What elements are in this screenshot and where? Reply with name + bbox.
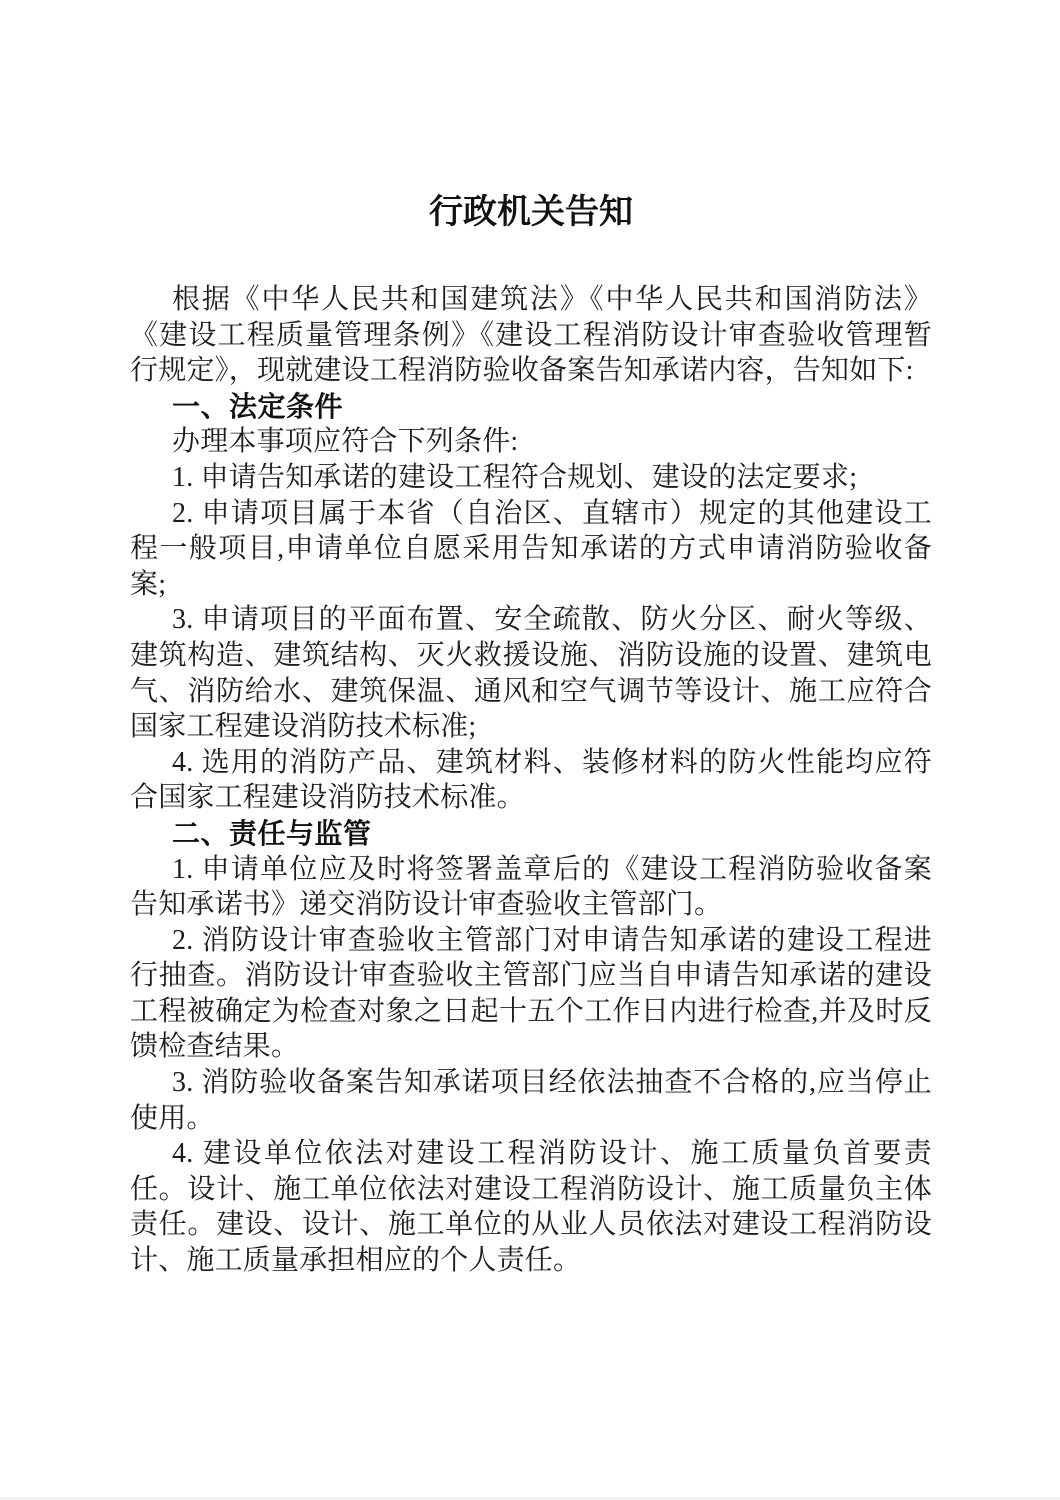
paragraph: 3. 消防验收备案告知承诺项目经依法抽查不合格的,应当停止使用。 <box>130 1065 932 1136</box>
document-page: 行政机关告知 根据《中华人民共和国建筑法》《中华人民共和国消防法》《建设工程质量… <box>0 0 1060 1500</box>
paragraph: 根据《中华人民共和国建筑法》《中华人民共和国消防法》《建设工程质量管理条例》《建… <box>130 282 932 389</box>
paragraph: 办理本事项应符合下列条件: <box>130 424 932 460</box>
paragraph: 二、责任与监管 <box>130 816 932 852</box>
paragraph: 4. 建设单位依法对建设工程消防设计、施工质量负首要责任。设计、施工单位依法对建… <box>130 1136 932 1278</box>
paragraph: 1. 申请告知承诺的建设工程符合规划、建设的法定要求; <box>130 460 932 496</box>
paragraph: 1. 申请单位应及时将签署盖章后的《建设工程消防验收备案告知承诺书》递交消防设计… <box>130 852 932 923</box>
paragraph: 3. 申请项目的平面布置、安全疏散、防火分区、耐火等级、建筑构造、建筑结构、灭火… <box>130 602 932 744</box>
paragraph: 2. 申请项目属于本省（自治区、直辖市）规定的其他建设工程一般项目,申请单位自愿… <box>130 496 932 603</box>
paragraph: 一、法定条件 <box>130 389 932 425</box>
document-body: 根据《中华人民共和国建筑法》《中华人民共和国消防法》《建设工程质量管理条例》《建… <box>130 282 932 1279</box>
paragraph: 2. 消防设计审查验收主管部门对申请告知承诺的建设工程进行抽查。消防设计审查验收… <box>130 923 932 1065</box>
document-title: 行政机关告知 <box>130 190 932 236</box>
paragraph: 4. 选用的消防产品、建筑材料、装修材料的防火性能均应符合国家工程建设消防技术标… <box>130 745 932 816</box>
